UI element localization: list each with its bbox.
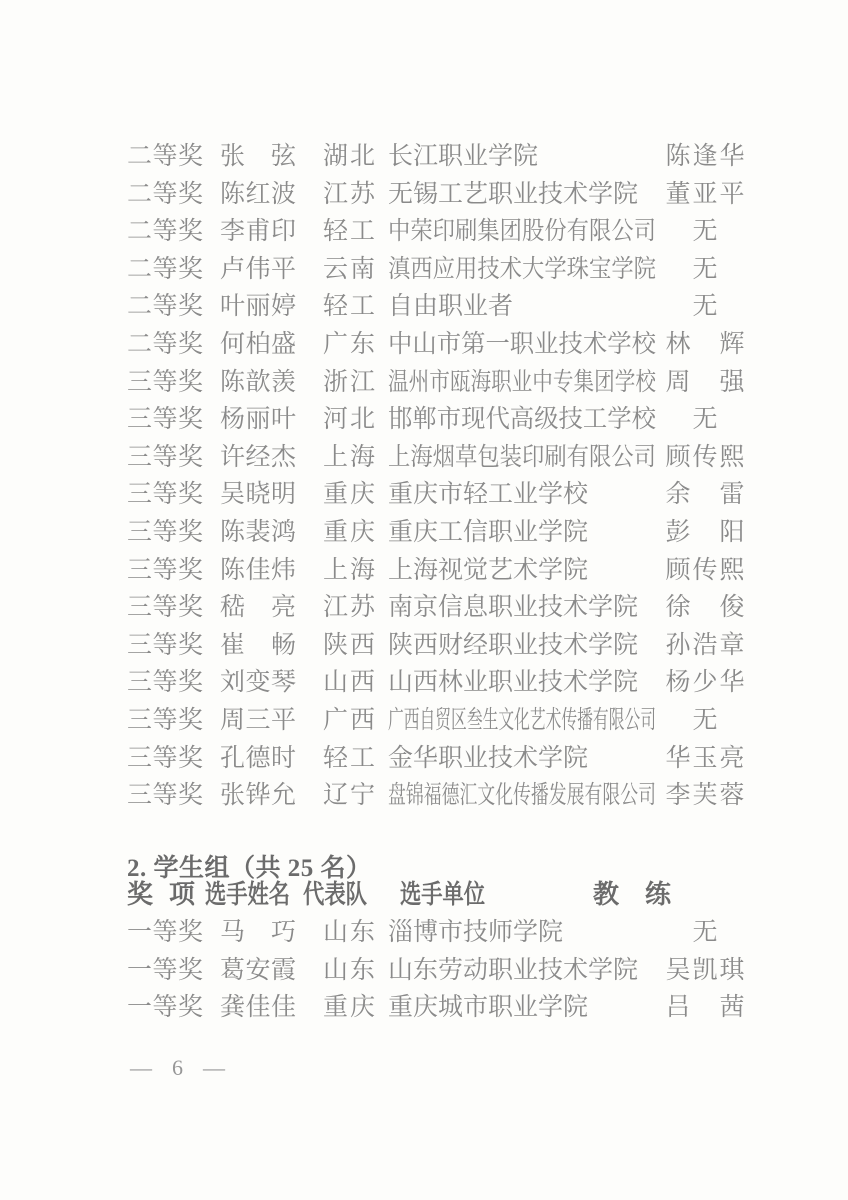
award-cell: 二等奖 [127,288,204,326]
table-row: 二等奖 卢伟平 云南 滇西应用技术大学珠宝学院 无 [0,251,848,289]
unit-cell: 上海烟草包装印刷有限公司 [388,439,656,477]
unit-cell: 重庆城市职业学院 [388,989,588,1027]
column-header-contestant-name: 选手姓名 [205,876,290,914]
team-cell: 湖北 [323,138,377,176]
contestant-name-cell: 龚佳佳 [220,989,297,1027]
table-row: 二等奖 陈红波 江苏 无锡工艺职业技术学院 董亚平 [0,176,848,214]
coach-cell: 无 [662,702,750,740]
contestant-name-cell: 孔德时 [220,740,297,778]
team-cell: 轻工 [323,288,377,326]
coach-cell: 孙浩章 [662,627,750,665]
column-header-coach: 教 练 [593,876,671,914]
team-cell: 重庆 [323,514,377,552]
award-cell: 二等奖 [127,176,204,214]
contestant-name-cell: 马 巧 [220,914,297,952]
unit-cell: 长江职业学院 [388,138,538,176]
coach-cell: 余 雷 [662,476,750,514]
coach-cell: 无 [662,251,750,289]
coach-cell: 无 [662,213,750,251]
unit-cell: 重庆工信职业学院 [388,514,588,552]
contestant-name-cell: 刘变琴 [220,664,297,702]
team-cell: 广西 [323,702,377,740]
coach-cell: 林 辉 [662,326,750,364]
award-cell: 三等奖 [127,627,204,665]
team-cell: 江苏 [323,589,377,627]
unit-cell: 自由职业者 [388,288,513,326]
award-cell: 三等奖 [127,777,204,815]
contestant-name-cell: 葛安霞 [220,952,297,990]
coach-cell: 董亚平 [662,176,750,214]
contestant-name-cell: 卢伟平 [220,251,297,289]
coach-cell: 杨少华 [662,664,750,702]
contestant-name-cell: 杨丽叶 [220,401,297,439]
teacher-group-rows: 二等奖 张 弦 湖北 长江职业学院 陈逢华 二等奖 陈红波 江苏 无锡工艺职业技… [0,138,848,815]
award-cell: 三等奖 [127,364,204,402]
results-table-header: 奖 项 选手姓名 代表队 选手单位 教 练 [0,876,848,914]
team-cell: 重庆 [323,989,377,1027]
contestant-name-cell: 陈佳炜 [220,552,297,590]
contestant-name-cell: 嵇 亮 [220,589,297,627]
team-cell: 轻工 [323,213,377,251]
unit-cell: 山东劳动职业技术学院 [388,952,638,990]
table-row: 三等奖 吴晓明 重庆 重庆市轻工业学校 余 雷 [0,476,848,514]
student-group-rows: 一等奖 马 巧 山东 淄博市技师学院 无 一等奖 葛安霞 山东 山东劳动职业技术… [0,914,848,1027]
contestant-name-cell: 崔 畅 [220,627,297,665]
contestant-name-cell: 周三平 [220,702,297,740]
award-cell: 三等奖 [127,589,204,627]
team-cell: 江苏 [323,176,377,214]
table-row: 一等奖 葛安霞 山东 山东劳动职业技术学院 吴凯琪 [0,952,848,990]
column-header-team: 代表队 [303,876,367,914]
contestant-name-cell: 何柏盛 [220,326,297,364]
coach-cell: 吴凯琪 [662,952,750,990]
unit-cell: 滇西应用技术大学珠宝学院 [388,251,656,289]
unit-cell: 陕西财经职业技术学院 [388,627,638,665]
unit-cell: 重庆市轻工业学校 [388,476,588,514]
table-row: 一等奖 龚佳佳 重庆 重庆城市职业学院 吕 茜 [0,989,848,1027]
coach-cell: 陈逢华 [662,138,750,176]
team-cell: 上海 [323,552,377,590]
column-header-award: 奖 项 [127,876,190,914]
unit-cell: 广西自贸区叁生文化艺术传播有限公司 [388,702,656,740]
team-cell: 辽宁 [323,777,377,815]
award-cell: 三等奖 [127,702,204,740]
team-cell: 河北 [323,401,377,439]
contestant-name-cell: 许经杰 [220,439,297,477]
contestant-name-cell: 陈歆羡 [220,364,297,402]
page-number: 6 [172,1052,183,1084]
unit-cell: 中荣印刷集团股份有限公司 [388,213,656,251]
coach-cell: 顾传熙 [662,439,750,477]
award-cell: 三等奖 [127,552,204,590]
coach-cell: 无 [662,914,750,952]
coach-cell: 李芙蓉 [662,777,750,815]
contestant-name-cell: 叶丽婷 [220,288,297,326]
table-row: 三等奖 张铧允 辽宁 盘锦福德汇文化传播发展有限公司 李芙蓉 [0,777,848,815]
table-row: 三等奖 杨丽叶 河北 邯郸市现代高级技工学校 无 [0,401,848,439]
unit-cell: 淄博市技师学院 [388,914,563,952]
contestant-name-cell: 吴晓明 [220,476,297,514]
team-cell: 山东 [323,952,377,990]
table-row: 二等奖 叶丽婷 轻工 自由职业者 无 [0,288,848,326]
award-cell: 一等奖 [127,914,204,952]
unit-cell: 中山市第一职业技术学校 [388,326,656,364]
table-row: 二等奖 张 弦 湖北 长江职业学院 陈逢华 [0,138,848,176]
award-cell: 一等奖 [127,952,204,990]
table-row: 二等奖 何柏盛 广东 中山市第一职业技术学校 林 辉 [0,326,848,364]
table-row: 三等奖 陈裴鸿 重庆 重庆工信职业学院 彭 阳 [0,514,848,552]
unit-cell: 南京信息职业技术学院 [388,589,638,627]
unit-cell: 邯郸市现代高级技工学校 [388,401,656,439]
table-row: 三等奖 嵇 亮 江苏 南京信息职业技术学院 徐 俊 [0,589,848,627]
unit-cell: 上海视觉艺术学院 [388,552,588,590]
table-row: 三等奖 崔 畅 陕西 陕西财经职业技术学院 孙浩章 [0,627,848,665]
award-cell: 三等奖 [127,740,204,778]
contestant-name-cell: 李甫印 [220,213,297,251]
table-row: 二等奖 李甫印 轻工 中荣印刷集团股份有限公司 无 [0,213,848,251]
unit-cell: 山西林业职业技术学院 [388,664,638,702]
award-cell: 二等奖 [127,138,204,176]
award-cell: 三等奖 [127,664,204,702]
award-cell: 二等奖 [127,213,204,251]
coach-cell: 无 [662,401,750,439]
unit-cell: 金华职业技术学院 [388,740,588,778]
footer-left-dash: — [130,1052,152,1084]
unit-cell: 温州市瓯海职业中专集团学校 [388,364,656,402]
contestant-name-cell: 张铧允 [220,777,297,815]
coach-cell: 吕 茜 [662,989,750,1027]
team-cell: 浙江 [323,364,377,402]
award-cell: 二等奖 [127,251,204,289]
award-cell: 二等奖 [127,326,204,364]
team-cell: 云南 [323,251,377,289]
unit-cell: 无锡工艺职业技术学院 [388,176,638,214]
coach-cell: 顾传熙 [662,552,750,590]
team-cell: 陕西 [323,627,377,665]
award-cell: 三等奖 [127,439,204,477]
unit-cell: 盘锦福德汇文化传播发展有限公司 [388,777,656,815]
contestant-name-cell: 张 弦 [220,138,297,176]
coach-cell: 无 [662,288,750,326]
team-cell: 山西 [323,664,377,702]
award-cell: 三等奖 [127,476,204,514]
coach-cell: 华玉亮 [662,740,750,778]
team-cell: 广东 [323,326,377,364]
team-cell: 轻工 [323,740,377,778]
page-footer: — 6 — [130,1052,225,1084]
award-cell: 一等奖 [127,989,204,1027]
contestant-name-cell: 陈裴鸿 [220,514,297,552]
column-header-unit: 选手单位 [400,876,485,914]
footer-right-dash: — [203,1052,225,1084]
table-row: 三等奖 许经杰 上海 上海烟草包装印刷有限公司 顾传熙 [0,439,848,477]
award-cell: 三等奖 [127,401,204,439]
team-cell: 上海 [323,439,377,477]
contestant-name-cell: 陈红波 [220,176,297,214]
team-cell: 山东 [323,914,377,952]
coach-cell: 彭 阳 [662,514,750,552]
table-row: 一等奖 马 巧 山东 淄博市技师学院 无 [0,914,848,952]
table-row: 三等奖 陈歆羡 浙江 温州市瓯海职业中专集团学校 周 强 [0,364,848,402]
team-cell: 重庆 [323,476,377,514]
table-row: 三等奖 陈佳炜 上海 上海视觉艺术学院 顾传熙 [0,552,848,590]
table-row: 三等奖 周三平 广西 广西自贸区叁生文化艺术传播有限公司 无 [0,702,848,740]
document-page: 二等奖 张 弦 湖北 长江职业学院 陈逢华 二等奖 陈红波 江苏 无锡工艺职业技… [0,0,848,1200]
coach-cell: 周 强 [662,364,750,402]
award-cell: 三等奖 [127,514,204,552]
table-row: 三等奖 刘变琴 山西 山西林业职业技术学院 杨少华 [0,664,848,702]
table-row: 三等奖 孔德时 轻工 金华职业技术学院 华玉亮 [0,740,848,778]
coach-cell: 徐 俊 [662,589,750,627]
